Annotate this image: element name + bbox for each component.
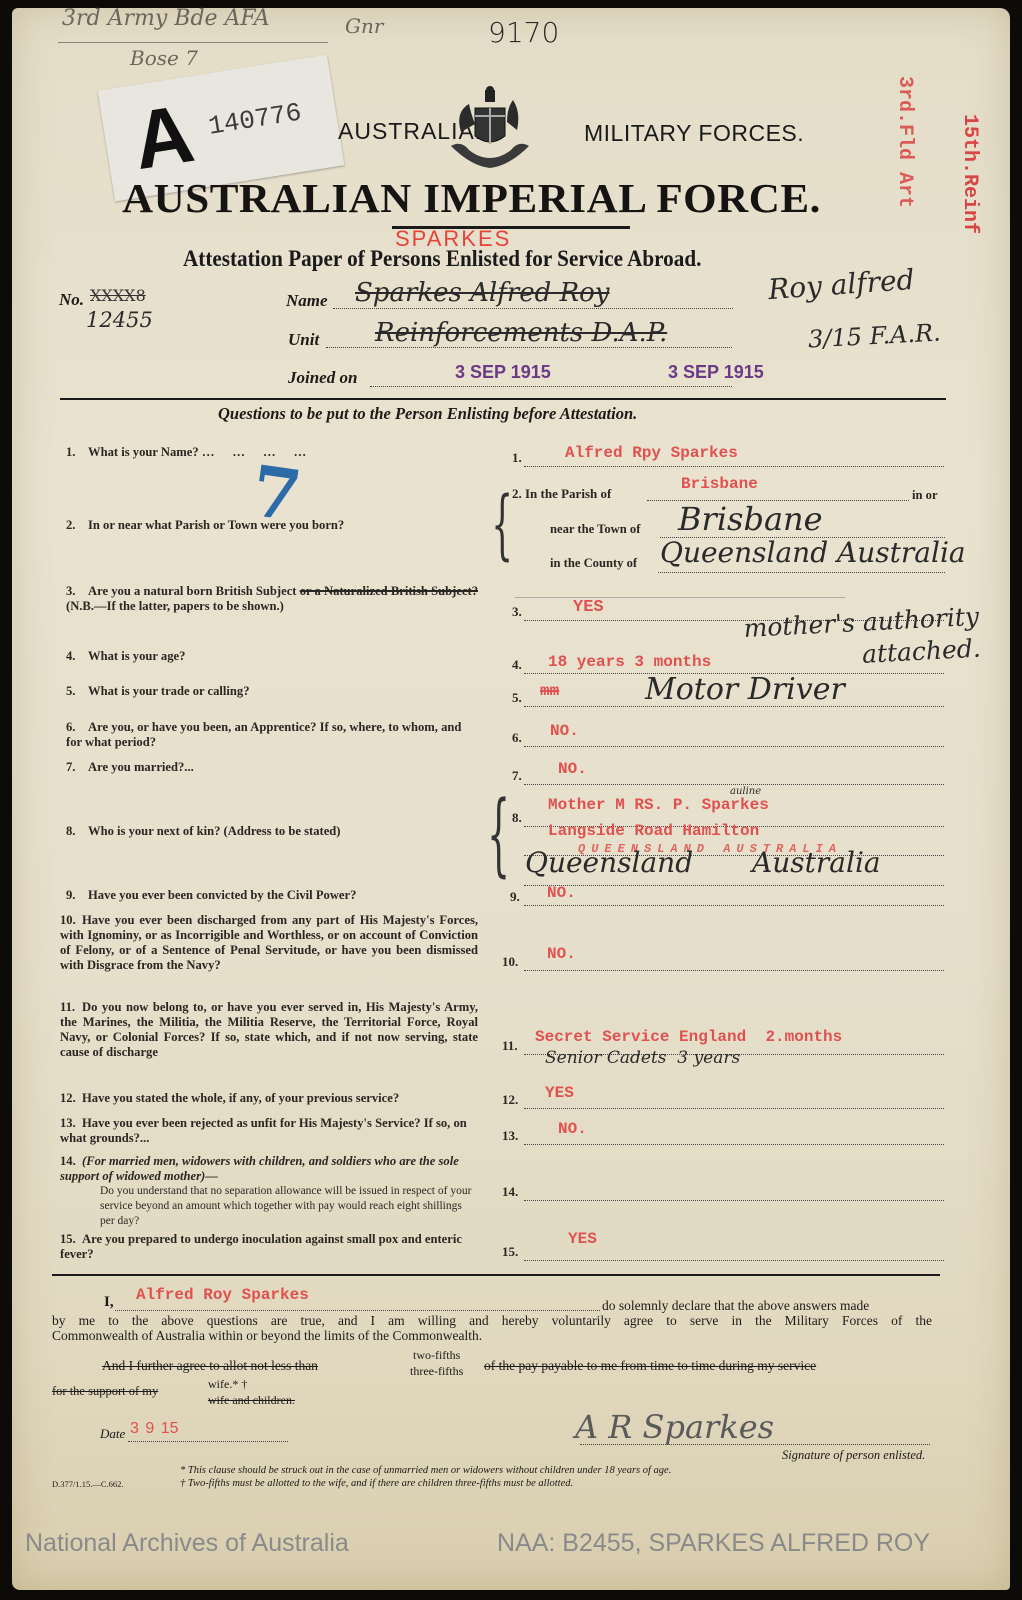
declaration-name-line	[115, 1310, 600, 1311]
declaration-prefix: I,	[104, 1294, 114, 1311]
signature-label: Signature of person enlisted.	[782, 1448, 925, 1463]
question-12: 12.Have you stated the whole, if any, of…	[60, 1091, 399, 1106]
coat-of-arms-icon	[447, 86, 533, 172]
name-label: Name	[286, 291, 328, 311]
answer-line-12	[524, 1108, 944, 1109]
declaration-name: Alfred Roy Sparkes	[136, 1286, 309, 1304]
answer-11-typed: Secret Service England 2.months	[535, 1028, 842, 1046]
answer-line-7	[524, 784, 944, 785]
struck-name: Sparkes Alfred Roy	[355, 278, 610, 308]
answer-line-15	[524, 1260, 944, 1261]
allotment-clause-rest: of the pay payable to me from time to ti…	[484, 1358, 816, 1374]
answer-line-1	[524, 466, 944, 467]
support-options: wife.* † wife and children.	[208, 1376, 295, 1408]
date-value: 3 9 15	[130, 1420, 178, 1438]
answer-number-9: 9.	[510, 889, 520, 905]
answer-10: NO.	[547, 945, 576, 963]
answer-11-handwritten: Senior Cadets 3 years	[545, 1048, 740, 1068]
brace-q2: {	[491, 486, 513, 562]
question-7: 7.Are you married?...	[66, 760, 194, 775]
answer-line-13	[524, 1144, 944, 1145]
question-3: 3.Are you a natural born British Subject…	[66, 584, 478, 614]
pencil-box-note: Bose 7	[130, 46, 198, 70]
answer-number-5: 5.	[512, 690, 522, 706]
question-15: 15.Are you prepared to undergo inoculati…	[60, 1232, 478, 1262]
joined-date-stamp-2: 3 SEP 1915	[668, 362, 764, 383]
answer-line-10	[524, 970, 944, 971]
question-4: 4.What is your age?	[66, 649, 185, 664]
answer-9: NO.	[547, 884, 576, 902]
answer-number-4: 4.	[512, 657, 522, 673]
pencil-underline	[58, 42, 328, 43]
declaration-line2: by me to the above questions are true, a…	[52, 1313, 932, 1329]
date-label: Date	[100, 1426, 125, 1442]
answer-15: YES	[568, 1230, 597, 1248]
answer-number-8: 8.	[512, 810, 522, 826]
support-clause-struck: for the support of my	[52, 1384, 158, 1399]
section-rule	[60, 398, 946, 400]
allotment-clause-struck: And I further agree to allot not less th…	[102, 1358, 318, 1374]
answer-number-1: 1.	[512, 450, 522, 466]
answer-number-15: 15.	[502, 1244, 518, 1260]
answer-5-trade: Motor Driver	[645, 672, 845, 707]
answer-12: YES	[545, 1084, 574, 1102]
question-13: 13.Have you ever been rejected as unfit …	[60, 1116, 478, 1146]
allotment-fraction: two-fifths three-fifths	[410, 1347, 463, 1379]
file-number-ink: 9170	[488, 16, 559, 49]
tag-number: 140776	[206, 97, 303, 141]
answer-7: NO.	[558, 760, 587, 778]
archive-watermark-right: NAA: B2455, SPARKES ALFRED ROY	[497, 1529, 930, 1558]
document-title: AUSTRALIAN IMPERIAL FORCE.	[122, 174, 821, 222]
question-9: 9.Have you ever been convicted by the Ci…	[66, 888, 356, 903]
answer-line-9	[524, 905, 944, 906]
answer-3: YES	[573, 598, 604, 617]
service-number: 12455	[86, 308, 153, 332]
answer-line-6	[524, 746, 944, 747]
in-or-label: in or	[912, 488, 938, 503]
questions-heading: Questions to be put to the Person Enlist…	[218, 404, 637, 424]
struck-unit: Reinforcements D.A.P.	[375, 318, 667, 348]
divider-thin	[515, 597, 845, 598]
struck-number: XXXX8	[90, 286, 146, 305]
number-label: No.	[59, 290, 84, 310]
footnote-2: † Two-fifths must be allotted to the wif…	[180, 1478, 573, 1489]
archive-watermark-left: National Archives of Australia	[25, 1529, 349, 1558]
field-artillery-stamp: 3rd.Fld Art	[893, 76, 916, 208]
question-11: 11.Do you now belong to, or have you eve…	[60, 1000, 478, 1060]
answer-4-age: 18 years 3 months	[548, 653, 711, 671]
reinforcement-stamp: 15th.Reinf	[958, 114, 981, 234]
answer-5-struck: mm	[540, 682, 559, 700]
parish-label: 2. In the Parish of	[512, 486, 611, 501]
answer-number-14: 14.	[502, 1184, 518, 1200]
support-wife-children: wife and children.	[208, 1392, 295, 1408]
answer-1-name: Alfred Rpy Sparkes	[565, 444, 738, 462]
document-subtitle: Attestation Paper of Persons Enlisted fo…	[183, 246, 701, 272]
support-wife: wife.* †	[208, 1376, 295, 1392]
joined-line	[370, 386, 732, 387]
date-line	[128, 1441, 288, 1442]
brace-q8: {	[487, 790, 510, 880]
form-code: D.377/1.15.—C.662.	[52, 1479, 124, 1489]
answer-2-county: Queensland Australia	[660, 536, 966, 569]
question-10: 10.Have you ever been discharged from an…	[60, 913, 478, 973]
declaration-line1: do solemnly declare that the above answe…	[602, 1298, 869, 1314]
unit-label: Unit	[288, 330, 319, 350]
tag-letter: A	[128, 93, 199, 183]
fraction-three-fifths: three-fifths	[410, 1363, 463, 1379]
header-right-words: MILITARY FORCES.	[584, 120, 804, 147]
question-14: 14.(For married men, widowers with child…	[60, 1154, 478, 1229]
signature: A R Sparkes	[575, 1408, 774, 1446]
answer-number-6: 6.	[512, 730, 522, 746]
question-8: 8.Who is your next of kin? (Address to b…	[66, 824, 340, 839]
answer-2-parish: Brisbane	[681, 475, 758, 493]
joined-label: Joined on	[288, 368, 357, 388]
town-label: near the Town of	[550, 522, 640, 537]
question-6: 6.Are you, or have you been, an Apprenti…	[66, 720, 478, 750]
answer-13: NO.	[558, 1120, 587, 1138]
question-5: 5.What is your trade or calling?	[66, 684, 250, 699]
answer-6: NO.	[550, 722, 579, 740]
answer-line-14	[524, 1200, 944, 1201]
joined-date-stamp-1: 3 SEP 1915	[455, 362, 551, 383]
answer-number-12: 12.	[502, 1092, 518, 1108]
answer-8-line2: Langside Road Hamilton	[548, 822, 759, 840]
footnote-1: * This clause should be struck out in th…	[180, 1465, 671, 1476]
answer-2-town: Brisbane	[678, 500, 823, 538]
fraction-two-fifths: two-fifths	[410, 1347, 463, 1363]
question-2: 2.In or near what Parish or Town were yo…	[66, 518, 344, 533]
answer-8-line3: Queensland Australia	[525, 846, 881, 879]
pencil-unit-note: 3rd Army Bde AFA	[62, 6, 270, 31]
answer-number-13: 13.	[502, 1128, 518, 1144]
answer-number-10: 10.	[502, 954, 518, 970]
county-line	[658, 572, 945, 573]
answer-number-11: 11.	[502, 1038, 518, 1054]
answer-line-8c	[524, 885, 944, 886]
pencil-rank-note: Gnr	[345, 14, 383, 38]
answer-number-3: 3.	[512, 604, 522, 620]
county-label: in the County of	[550, 556, 637, 571]
declaration-rule	[52, 1274, 940, 1276]
declaration-line3: Commonwealth of Australia within or beyo…	[52, 1328, 482, 1344]
name-line	[333, 308, 733, 309]
answer-number-7: 7.	[512, 768, 522, 784]
answer-8-line1: Mother M RS. P. Sparkes	[548, 796, 769, 814]
